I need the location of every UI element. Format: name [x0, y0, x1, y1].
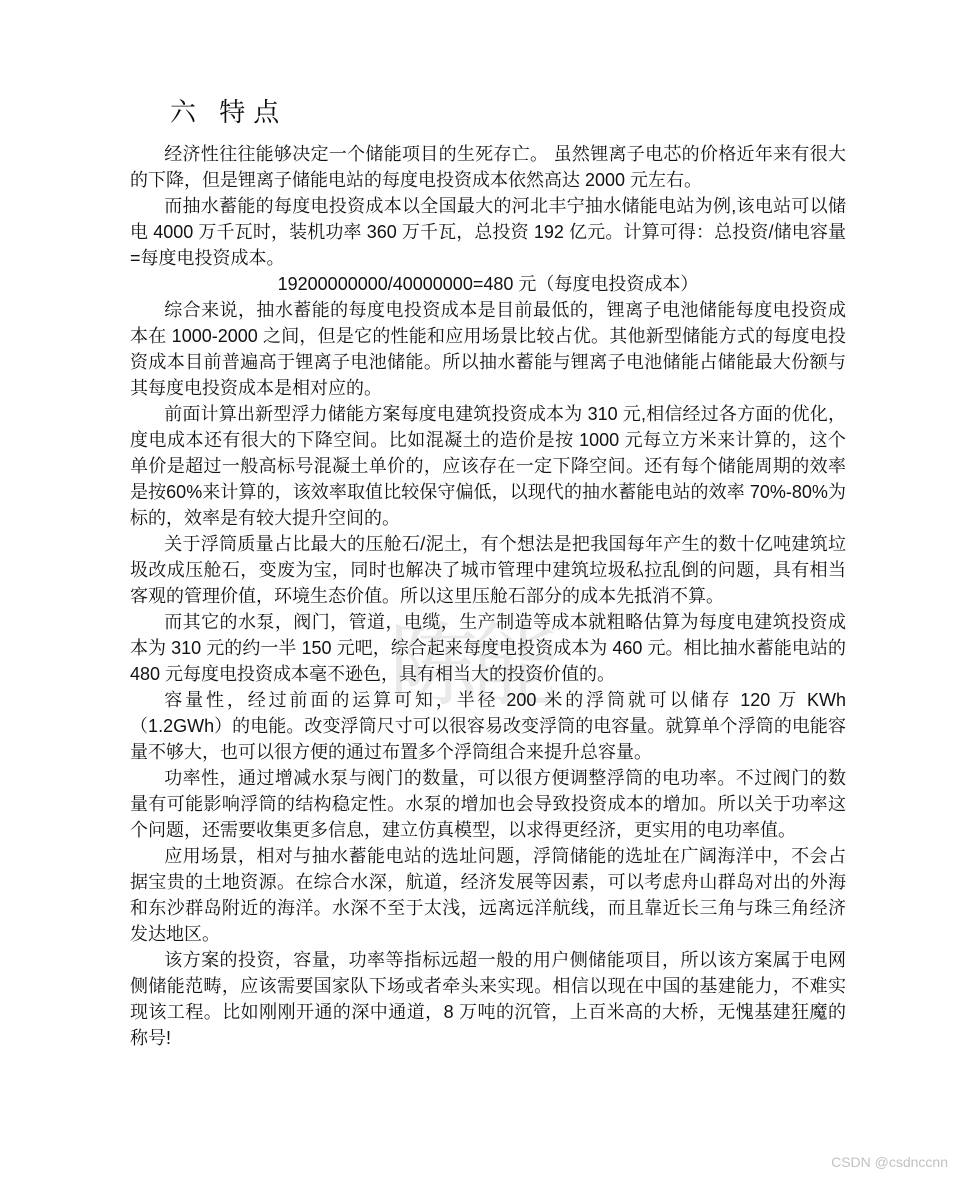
paragraph-other-costs: 而其它的水泵，阀门，管道，电缆，生产制造等成本就粗略估算为每度电建筑投资成本为 …: [130, 609, 846, 687]
section-heading: 六 特点: [170, 98, 846, 128]
csdn-watermark: CSDN @csdnccnn: [831, 1154, 948, 1170]
document-page: 陈能 六 特点 经济性往往能够决定一个储能项目的生死存亡。 虽然锂离子电芯的价格…: [0, 0, 962, 1179]
paragraph-capacity: 容量性，经过前面的运算可知，半径 200 米的浮筒就可以储存 120 万 KWh…: [130, 687, 846, 765]
paragraph-pumped-hydro-example: 而抽水蓄能的每度电投资成本以全国最大的河北丰宁抽水储能电站为例,该电站可以储电 …: [130, 193, 846, 271]
paragraph-power: 功率性，通过增减水泵与阀门的数量，可以很方便调整浮筒的电功率。不过阀门的数量有可…: [130, 765, 846, 843]
paragraph-buoyancy-cost-optimization: 前面计算出新型浮力储能方案每度电建筑投资成本为 310 元,相信经过各方面的优化…: [130, 401, 846, 531]
paragraph-ballast-stone: 关于浮筒质量占比最大的压舱石/泥土，有个想法是把我国每年产生的数十亿吨建筑垃圾改…: [130, 531, 846, 609]
formula-line: 19200000000/40000000=480 元（每度电投资成本）: [130, 271, 846, 297]
paragraph-application-scenario: 应用场景，相对与抽水蓄能电站的选址问题，浮筒储能的选址在广阔海洋中，不会占据宝贵…: [130, 843, 846, 947]
document-content: 六 特点 经济性往往能够决定一个储能项目的生死存亡。 虽然锂离子电芯的价格近年来…: [130, 98, 846, 1051]
paragraph-conclusion: 该方案的投资，容量，功率等指标远超一般的用户侧储能项目，所以该方案属于电网侧储能…: [130, 947, 846, 1051]
paragraph-cost-comparison: 综合来说，抽水蓄能的每度电投资成本是目前最低的，锂离子电池储能每度电投资成本在 …: [130, 297, 846, 401]
paragraph-economics: 经济性往往能够决定一个储能项目的生死存亡。 虽然锂离子电芯的价格近年来有很大的下…: [130, 141, 846, 193]
